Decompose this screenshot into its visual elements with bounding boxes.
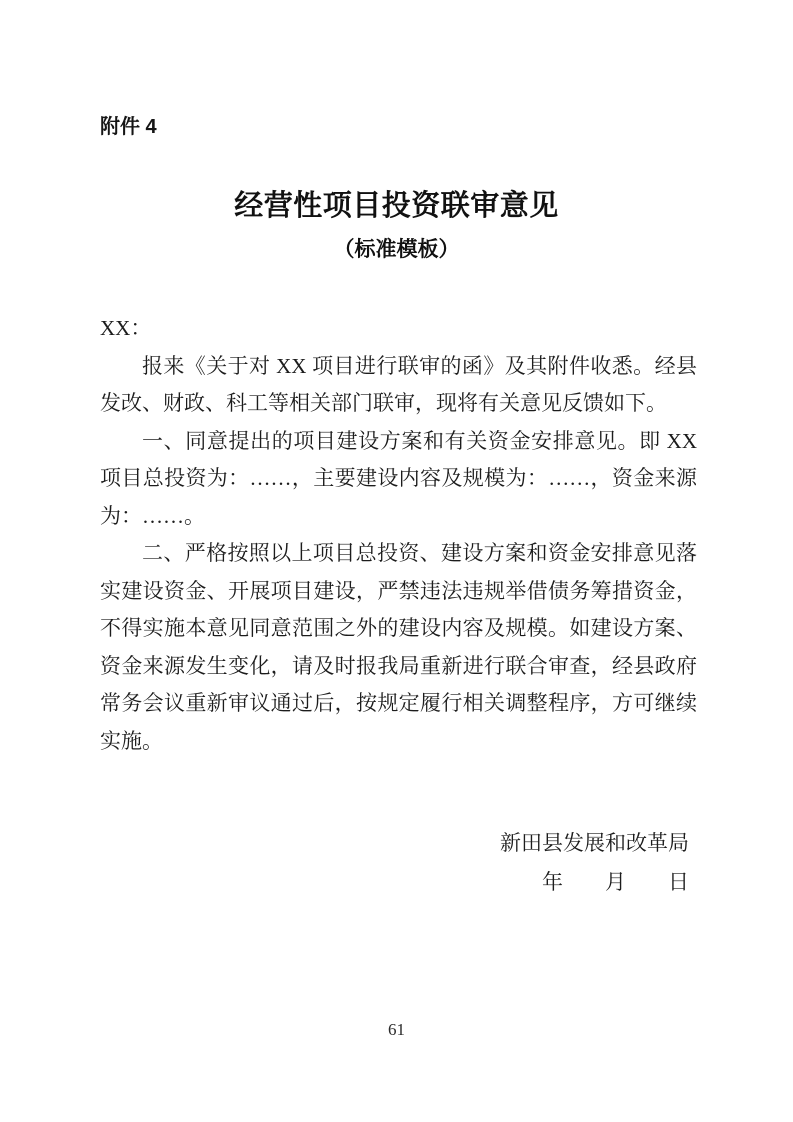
attachment-label: 附件 4	[100, 0, 793, 142]
signature-block: 新田县发展和改革局 年 月 日	[0, 824, 689, 901]
document-subtitle: （标准模板）	[0, 236, 793, 264]
document-page: 附件 4 经营性项目投资联审意见 （标准模板） XX： 报来《关于对 XX 项目…	[0, 0, 793, 1122]
salutation: XX：	[100, 310, 697, 348]
page-number: 61	[0, 1020, 793, 1040]
document-title: 经营性项目投资联审意见	[0, 188, 793, 224]
paragraph-item-two: 二、严格按照以上项目总投资、建设方案和资金安排意见落实建设资金、开展项目建设，严…	[100, 535, 697, 760]
paragraph-item-one: 一、同意提出的项目建设方案和有关资金安排意见。即 XX 项目总投资为：……，主要…	[100, 423, 697, 536]
signature-organization: 新田县发展和改革局	[0, 824, 689, 863]
document-body: XX： 报来《关于对 XX 项目进行联审的函》及其附件收悉。经县发改、财政、科工…	[100, 310, 697, 760]
paragraph-intro: 报来《关于对 XX 项目进行联审的函》及其附件收悉。经县发改、财政、科工等相关部…	[100, 348, 697, 423]
signature-date-line: 年 月 日	[0, 863, 689, 902]
